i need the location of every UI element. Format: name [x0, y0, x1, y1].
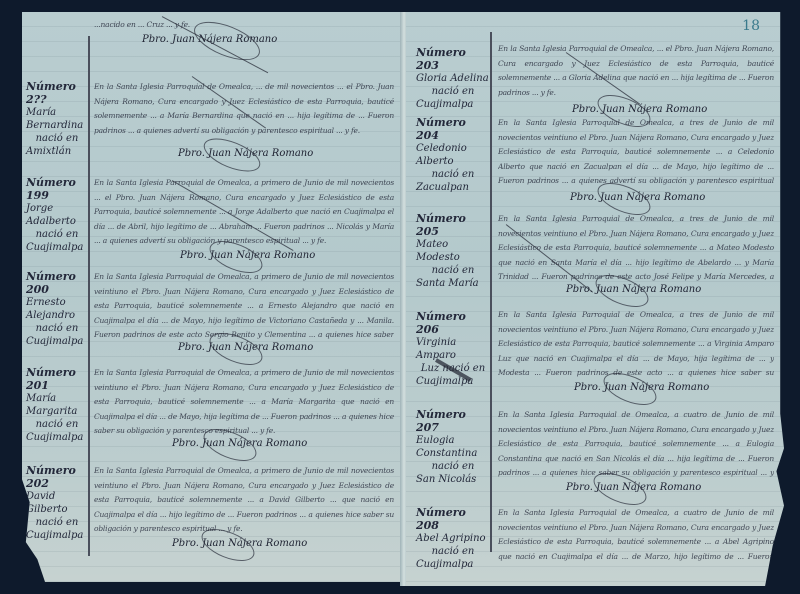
entry-body-text: En la Santa Iglesia Parroquial de Omealc…: [498, 308, 774, 380]
entry-place: Cuajimalpa: [416, 558, 490, 571]
margin-rule: [490, 32, 492, 552]
entry-number: Número 202: [26, 464, 88, 490]
entry-place: Cuajimalpa: [26, 335, 88, 348]
entry-margin: Número 208 Abel Agripino nació en Cuajim…: [416, 506, 490, 571]
entry-name: María Margarita: [26, 392, 88, 418]
entry-body-text: En la Santa Iglesia Parroquial de Omealc…: [498, 116, 774, 188]
open-register-book: ...nacido en ... Cruz ... y fe. Pbro. Ju…: [0, 0, 800, 594]
entry-body-text: En la Santa Iglesia Parroquial de Omealc…: [94, 80, 394, 140]
entry-body-text: En la Santa Iglesia Parroquial de Omealc…: [498, 42, 774, 102]
entry-margin: Número 207 Eulogia Constantina nació en …: [416, 408, 490, 486]
entry-born-label: nació en: [416, 545, 490, 558]
entry-body-text: En la Santa Iglesia Parroquial de Omealc…: [94, 366, 394, 438]
entry-place: Cuajimalpa: [416, 98, 490, 111]
entry-number: Número 2??: [26, 80, 88, 106]
entry-born-label: nació en: [26, 228, 88, 241]
entry-name: Mateo Modesto: [416, 238, 490, 264]
entry-born-label: nació en: [416, 168, 490, 181]
entry-born-label: nació en: [416, 85, 490, 98]
entry-body-text: En la Santa Iglesia Parroquial de Omealc…: [498, 506, 774, 566]
entry-place: Cuajimalpa: [26, 241, 88, 254]
entry-place: Cuajimalpa: [416, 375, 490, 388]
entry-margin: Número 203 Gloria Adelina nació en Cuaji…: [416, 46, 490, 111]
entry-margin: Número 2?? María Bernardina nació en Ami…: [26, 80, 88, 158]
entry-place: Cuajimalpa: [26, 431, 88, 444]
entry-margin: Número 201 María Margarita nació en Cuaj…: [26, 366, 88, 444]
right-page: 18 Número 203 Gloria Adelina nació en Cu…: [406, 12, 784, 586]
entry-number: Número 203: [416, 46, 490, 72]
entry-born-label: nació en: [26, 322, 88, 335]
left-page: ...nacido en ... Cruz ... y fe. Pbro. Ju…: [22, 12, 406, 582]
entry-number: Número 200: [26, 270, 88, 296]
entry-born-label: nació en: [416, 460, 490, 473]
entry-name: Ernesto Alejandro: [26, 296, 88, 322]
entry-body-text: En la Santa Iglesia Parroquial de Omealc…: [94, 270, 394, 342]
margin-rule: [88, 36, 90, 556]
entry-place: Amixtlán: [26, 145, 88, 158]
entry-name: Jorge Adalberto: [26, 202, 88, 228]
entry-name: Abel Agripino: [416, 532, 490, 545]
entry-name: Gloria Adelina: [416, 72, 490, 85]
entry-number: Número 199: [26, 176, 88, 202]
entry-name: Celedonio Alberto: [416, 142, 490, 168]
entry-body-text: En la Santa Iglesia Parroquial de Omealc…: [94, 464, 394, 536]
entry-number: Número 207: [416, 408, 490, 434]
entry-margin: Número 205 Mateo Modesto nació en Santa …: [416, 212, 490, 290]
entry-name: Virginia Amparo: [416, 336, 490, 362]
entry-name: David Gilberto: [26, 490, 88, 516]
entry-number: Número 201: [26, 366, 88, 392]
entry-born-label: nació en: [416, 264, 490, 277]
entry-born-label: nació en: [26, 132, 88, 145]
entry-name: Eulogia Constantina: [416, 434, 490, 460]
entry-margin: Número 200 Ernesto Alejandro nació en Cu…: [26, 270, 88, 348]
entry-born-label: nació en: [26, 516, 88, 529]
entry-born-label: nació en: [26, 418, 88, 431]
entry-number: Número 206: [416, 310, 490, 336]
entry-name: María Bernardina: [26, 106, 88, 132]
entry-place: San Nicolás: [416, 473, 490, 486]
entry-number: Número 208: [416, 506, 490, 532]
entry-body-text: En la Santa Iglesia Parroquial de Omealc…: [498, 408, 774, 480]
entry-body-text: En la Santa Iglesia Parroquial de Omealc…: [498, 212, 774, 284]
top-fragment-text: ...nacido en ... Cruz ... y fe.: [94, 18, 394, 33]
entry-place: Cuajimalpa: [26, 529, 88, 542]
entry-margin: Número 204 Celedonio Alberto nació en Za…: [416, 116, 490, 194]
page-number: 18: [742, 18, 760, 34]
entry-place: Santa María: [416, 277, 490, 290]
entry-body-text: En la Santa Iglesia Parroquial de Omealc…: [94, 176, 394, 248]
entry-number: Número 205: [416, 212, 490, 238]
entry-margin: Número 199 Jorge Adalberto nació en Cuaj…: [26, 176, 88, 254]
entry-margin: Número 202 David Gilberto nació en Cuaji…: [26, 464, 88, 542]
entry-margin: Número 206 Virginia Amparo Luz nació en …: [416, 310, 490, 388]
entry-place: Zacualpan: [416, 181, 490, 194]
entry-number: Número 204: [416, 116, 490, 142]
